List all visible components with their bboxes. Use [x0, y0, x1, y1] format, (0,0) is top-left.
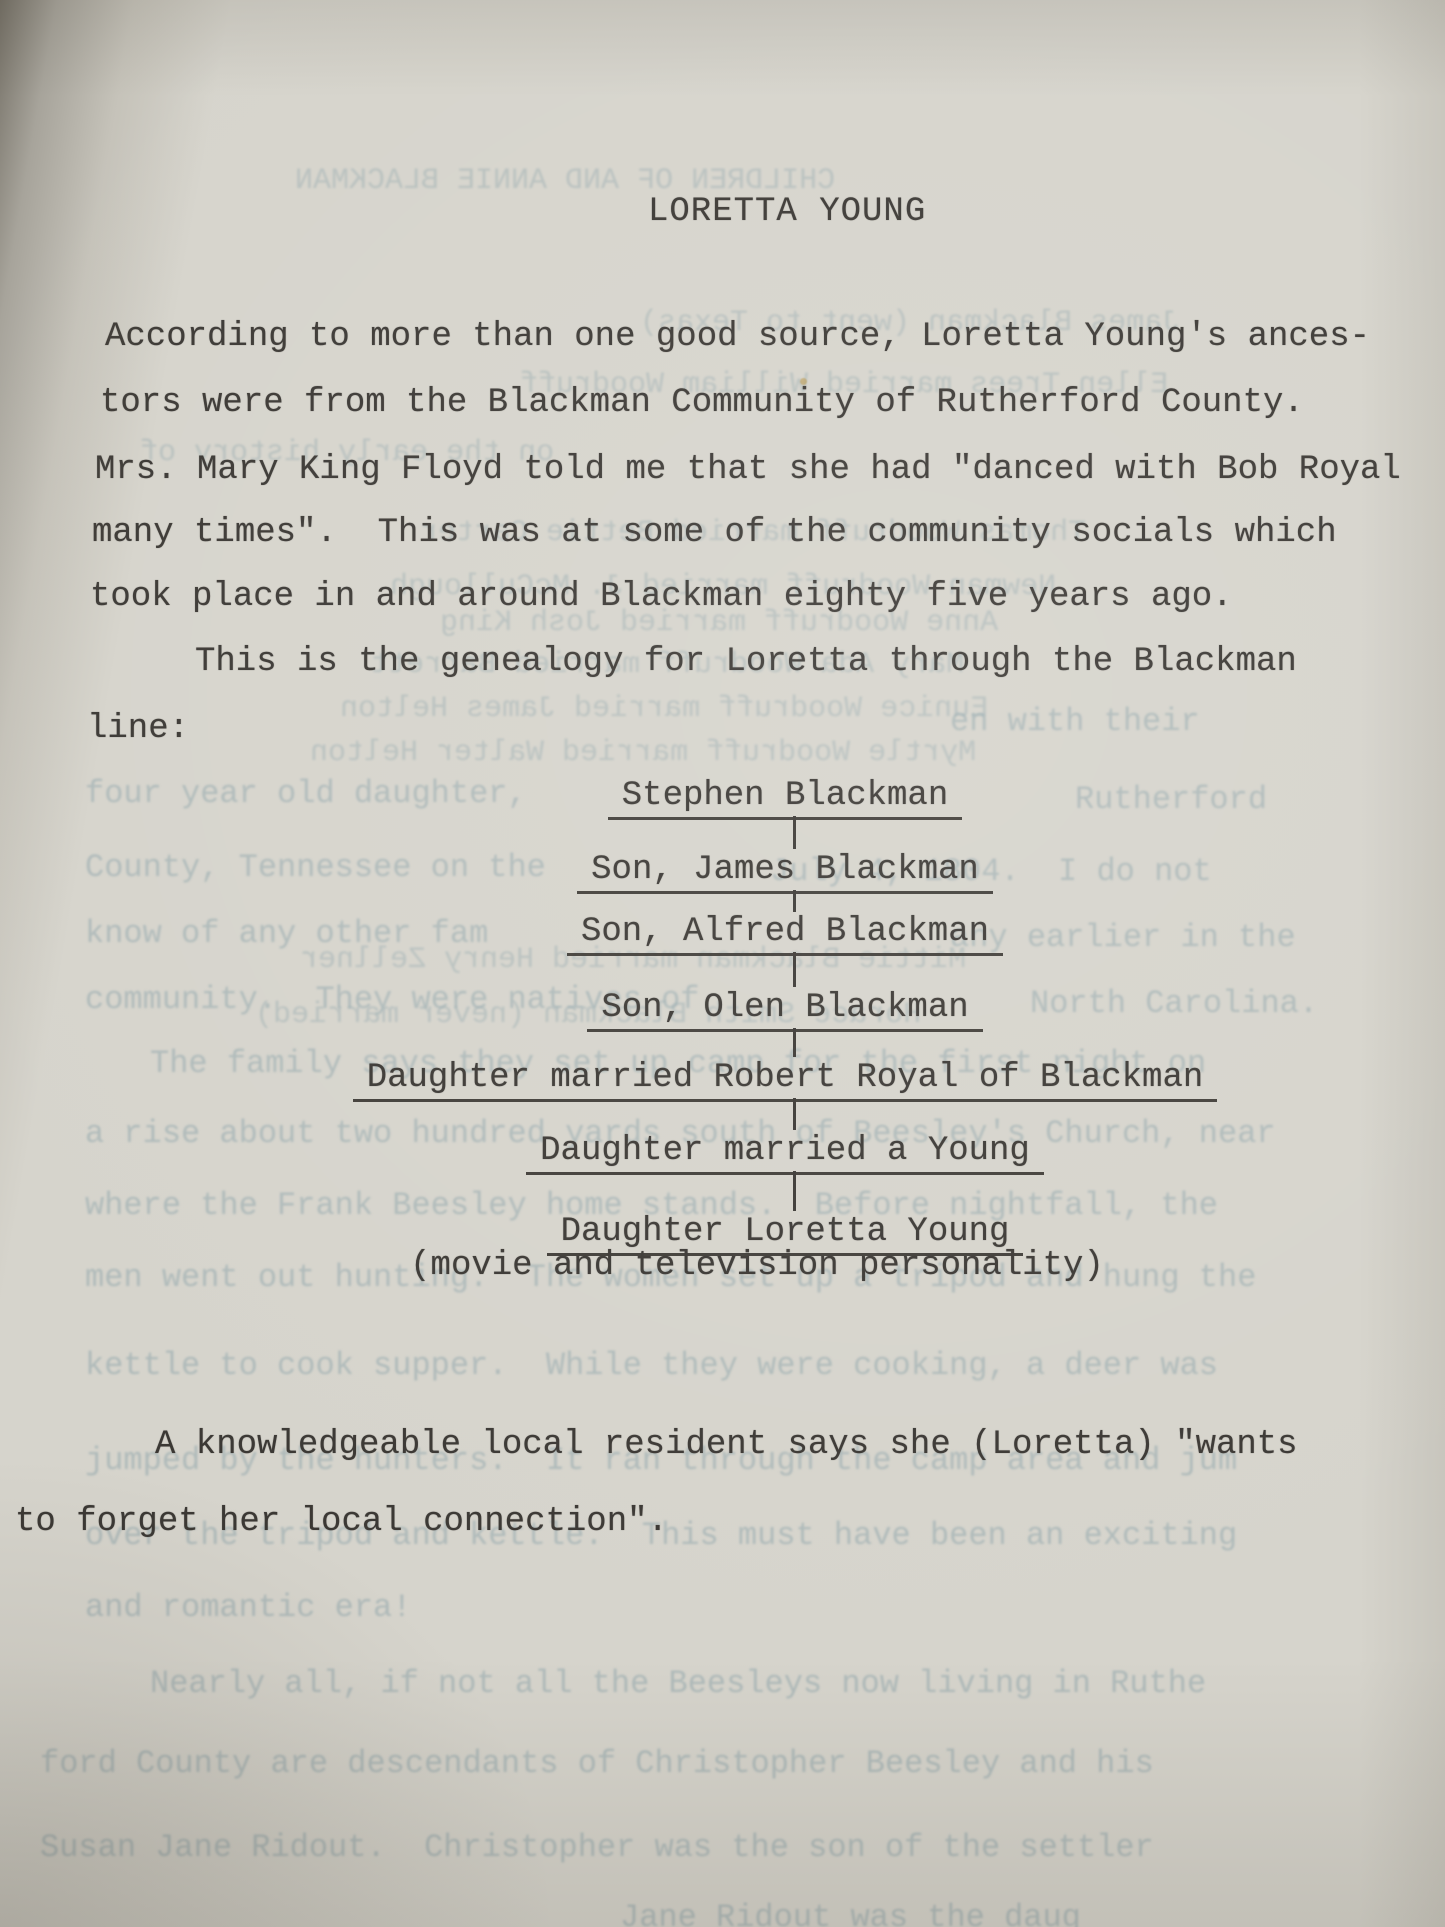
- tree-node: Daughter married Robert Royal of Blackma…: [145, 1061, 1425, 1102]
- paragraph-line: According to more than one good source, …: [105, 320, 1370, 354]
- typewritten-page-photo: en with their four year old daughter, Ru…: [0, 0, 1445, 1927]
- tree-node-label: Son, Alfred Blackman: [567, 915, 1003, 956]
- ghost-line: and romantic era!: [85, 1592, 411, 1624]
- tree-note: (movie and television personality): [117, 1249, 1397, 1283]
- paragraph-line: many times". This was at some of the com…: [92, 516, 1337, 550]
- tree-node: Son, Olen Blackman: [145, 991, 1425, 1032]
- ghost-line: ford County are descendants of Christoph…: [40, 1748, 1154, 1780]
- closing-line: A knowledgeable local resident says she …: [155, 1428, 1298, 1462]
- genealogy-intro-line: line:: [87, 712, 189, 746]
- tree-node-label: Daughter married a Young: [526, 1134, 1044, 1175]
- tree-connector: [793, 890, 796, 912]
- tree-connector: [793, 1098, 796, 1130]
- ghost-line: Nearly all, if not all the Beesleys now …: [150, 1668, 1206, 1700]
- paragraph-line: took place in and around Blackman eighty…: [90, 580, 1233, 614]
- tree-connector: [793, 952, 796, 987]
- tree-connector: [793, 1028, 796, 1057]
- ghost-line-mirrored: Eunice Woodruff married James Helton: [340, 694, 988, 724]
- tree-connector: [793, 816, 796, 849]
- page-title: LORETTA YOUNG: [648, 195, 926, 229]
- tree-node-label: Stephen Blackman: [608, 779, 962, 820]
- tree-node: Son, James Blackman: [145, 853, 1425, 894]
- tree-node-label: Daughter married Robert Royal of Blackma…: [353, 1061, 1218, 1102]
- tree-node: Daughter married a Young: [145, 1134, 1425, 1175]
- ghost-line: kettle to cook supper. While they were c…: [85, 1350, 1218, 1382]
- ghost-line-mirrored: CHILDREN OF AND ANNIE BLACKMAN: [295, 166, 835, 196]
- tree-node-label: Son, James Blackman: [577, 853, 993, 894]
- ghost-line: Susan Jane Ridout. Christopher was the s…: [40, 1832, 1154, 1864]
- closing-line: to forget her local connection".: [15, 1505, 668, 1539]
- paragraph-line: Mrs. Mary King Floyd told me that she ha…: [95, 453, 1401, 487]
- tree-node: Stephen Blackman: [145, 779, 1425, 820]
- ghost-line-mirrored: Myrtle Woodruff married Walter Helton: [310, 738, 976, 768]
- ghost-line: Jane Ridout was the daug: [620, 1902, 1081, 1927]
- paragraph-line: tors were from the Blackman Community of…: [100, 386, 1304, 420]
- tree-node: Son, Alfred Blackman: [145, 915, 1425, 956]
- genealogy-intro-line: This is the genealogy for Loretta throug…: [195, 645, 1297, 679]
- tree-connector: [793, 1171, 796, 1211]
- tree-node-label: Son, Olen Blackman: [587, 991, 982, 1032]
